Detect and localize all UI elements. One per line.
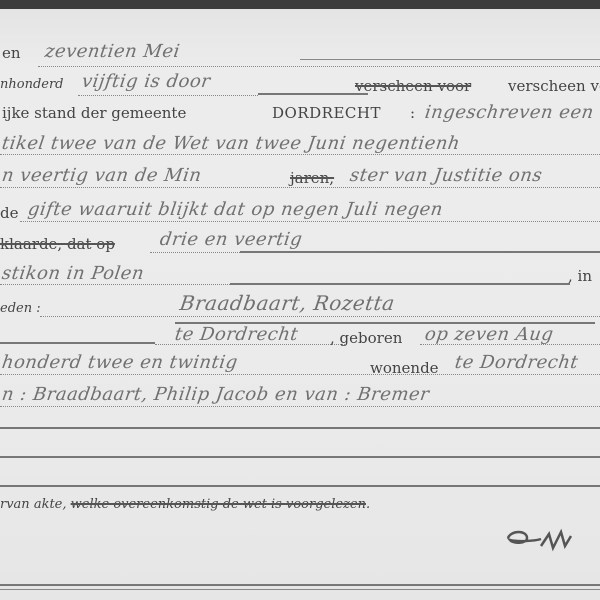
dotted-line xyxy=(40,316,600,317)
signature-mark xyxy=(505,524,590,554)
scan-top-border xyxy=(0,0,600,9)
dotted-line xyxy=(0,406,600,407)
handwritten-date: drie en veertig xyxy=(159,229,304,250)
handwritten-parents: n : Braadbaart, Philip Jacob en van : Br… xyxy=(1,384,431,405)
printed-text: wonende xyxy=(370,359,439,377)
printed-text: , geboren xyxy=(330,329,402,347)
handwritten-text: n veertig van de Min xyxy=(1,165,203,186)
handwritten-text: ingeschreven een xyxy=(424,102,596,123)
municipality-name: DORDRECHT xyxy=(272,104,381,122)
rule-line xyxy=(0,427,600,429)
handwritten-date: zeventien Mei xyxy=(44,41,182,62)
handwritten-text: honderd twee en twintig xyxy=(1,352,240,373)
struck-text: klaarde, dat op xyxy=(0,235,115,253)
document-sheet: en zeventien Mei nhonderd vijftig is doo… xyxy=(0,9,600,600)
printed-text: de xyxy=(0,204,18,222)
struck-text: jaren, xyxy=(290,169,334,187)
handwritten-text: ster van Justitie ons xyxy=(349,165,544,186)
printed-text: verscheen voor xyxy=(355,77,471,95)
closing-struck: welke overeenkomstig de wet is voorgelez… xyxy=(71,497,366,512)
printed-text: eden : xyxy=(0,301,41,316)
rule-line xyxy=(230,283,570,285)
dotted-line xyxy=(0,374,600,375)
struck-text: verscheen voor xyxy=(355,77,471,95)
printed-text: , in xyxy=(568,267,592,285)
rule-line xyxy=(258,93,368,95)
rule-line xyxy=(0,485,600,487)
printed-text: nhonderd xyxy=(0,77,64,92)
dotted-line xyxy=(38,66,600,67)
rule-line xyxy=(0,342,155,344)
dotted-line xyxy=(20,221,600,222)
printed-text: ijke stand der gemeente xyxy=(2,104,186,122)
handwritten-name: Braadbaart, Rozetta xyxy=(178,291,396,315)
dotted-line xyxy=(78,95,258,96)
rule-line xyxy=(240,251,600,253)
handwritten-date: op zeven Aug xyxy=(424,324,555,345)
rule-line xyxy=(0,456,600,458)
closing-plain: rvan akte, xyxy=(0,497,67,512)
dotted-line xyxy=(150,252,240,253)
printed-text: : xyxy=(410,104,415,122)
closing-end: . xyxy=(366,497,370,512)
handwritten-text: tikel twee van de Wet van twee Juni nege… xyxy=(1,133,462,154)
handwritten-place: te Dordrecht xyxy=(174,324,300,345)
rule-line xyxy=(300,59,600,60)
dotted-line xyxy=(0,187,600,188)
printed-text: verscheen voor mij, Amb xyxy=(508,77,600,95)
rule-line xyxy=(0,589,600,590)
dotted-line xyxy=(0,154,600,155)
closing-text: rvan akte, welke overeenkomstig de wet i… xyxy=(0,497,370,512)
handwritten-place: stikon in Polen xyxy=(1,263,146,284)
handwritten-text: gifte waaruit blijkt dat op negen Juli n… xyxy=(27,199,445,220)
handwritten-year: vijftig is door xyxy=(81,71,212,92)
rule-line xyxy=(0,584,600,586)
printed-text: en xyxy=(2,44,21,62)
handwritten-place: te Dordrecht xyxy=(454,352,580,373)
